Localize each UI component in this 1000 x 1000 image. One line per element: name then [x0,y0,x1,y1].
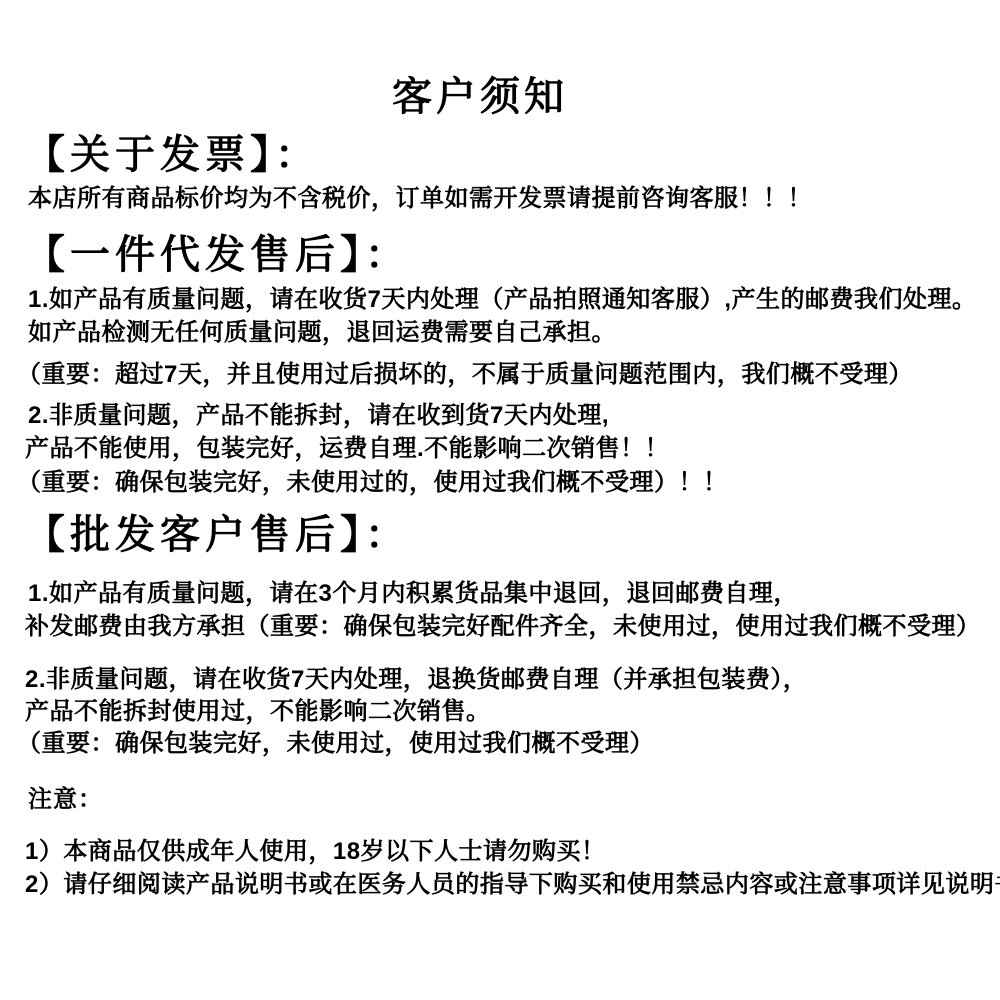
wholesale-item2-line1: 2.非质量问题，请在收货7天内处理，退换货邮费自理（并承担包装费）， [25,668,807,692]
dropship-item2-important: （重要：确保包装完好，未使用过的，使用过我们概不受理）！！ [17,471,728,495]
dropship-item1-important: （重要：超过7天，并且使用过后损坏的，不属于质量问题范围内，我们概不受理） [17,363,913,387]
dropship-item2-line1: 2.非质量问题，产品不能拆封，请在收到货7天内处理, [28,404,609,428]
wholesale-section-heading: 【批发客户售后】： [25,515,410,555]
dropship-item2-line2: 产品不能使用，包装完好，运费自理.不能影响二次销售！！ [25,437,669,461]
wholesale-item1-line1: 1.如产品有质量问题，请在3个月内积累货品集中退回，退回邮费自理， [28,582,798,606]
page-title: 客户须知 [0,77,960,117]
customer-notice-page: 客户须知 【关于发票】： 本店所有商品标价均为不含税价，订单如需开发票请提前咨询… [0,0,1000,1000]
dropship-item1-line2: 如产品检测无任何质量问题，退回运费需要自己承担。 [28,321,616,345]
notice-item2: 2）请仔细阅读产品说明书或在医务人员的指导下购买和使用禁忌内容或注意事项详见说明… [25,873,1000,897]
wholesale-item2-important: （重要：确保包装完好，未使用过，使用过我们概不受理） [17,732,654,756]
invoice-section-heading: 【关于发票】： [25,135,320,175]
notice-section-heading: 注意： [28,788,103,812]
dropship-item1-line1: 1.如产品有质量问题，请在收货7天内处理（产品拍照通知客服）,产生的邮费我们处理… [28,288,977,312]
dropship-section-heading: 【一件代发售后】： [25,235,410,275]
wholesale-item2-line2: 产品不能拆封使用过，不能影响二次销售。 [25,700,491,724]
wholesale-item1-line2: 补发邮费由我方承担（重要：确保包装完好配件齐全，未使用过，使用过我们概不受理） [25,615,981,639]
invoice-section-body: 本店所有商品标价均为不含税价，订单如需开发票请提前咨询客服！！！ [28,187,812,211]
notice-item1: 1）本商品仅供成年人使用，18岁以下人士请勿购买！ [25,840,606,864]
